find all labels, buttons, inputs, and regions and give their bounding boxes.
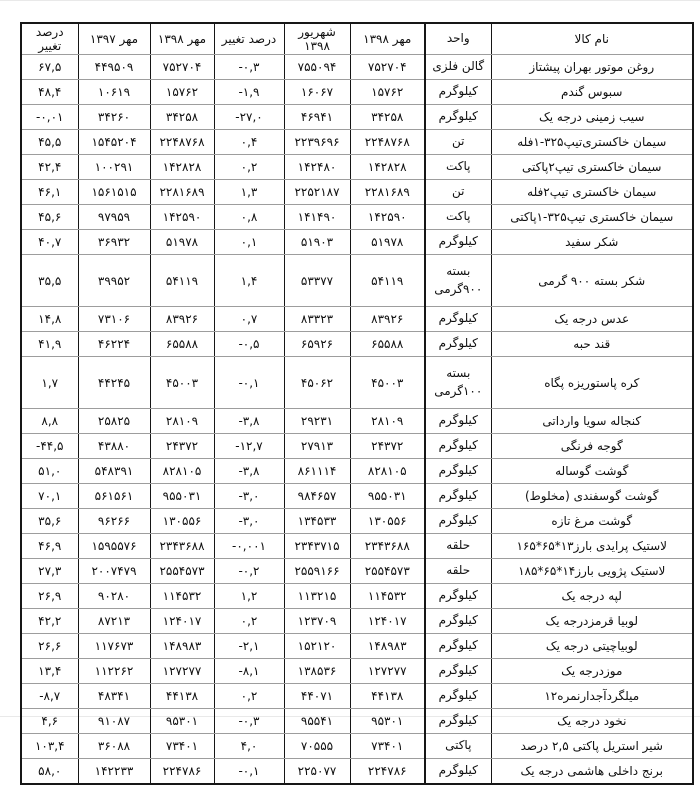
- cell-pct_month: ۱,۳: [214, 180, 284, 205]
- cell-pct_month: -۸,۱: [214, 659, 284, 684]
- cell-mehr98_a: ۱۳۰۵۵۶: [350, 509, 425, 534]
- cell-mehr98_b: ۴۵۰۰۳: [150, 357, 214, 409]
- cell-unit: کیلوگرم: [425, 509, 491, 534]
- cell-pct_month: -۰,۵: [214, 332, 284, 357]
- cell-pct_year: ۴۶,۹: [21, 534, 78, 559]
- cell-pct_year: ۴۶,۱: [21, 180, 78, 205]
- cell-name: گوجه فرنگی: [491, 434, 693, 459]
- cell-mehr97: ۹۰۲۸۰: [78, 584, 150, 609]
- cell-mehr98_b: ۸۲۸۱۰۵: [150, 459, 214, 484]
- cell-mehr98_b: ۳۴۲۵۸: [150, 105, 214, 130]
- cell-mehr98_a: ۲۴۳۷۲: [350, 434, 425, 459]
- cell-name: لوبیاچیتی درجه یک: [491, 634, 693, 659]
- cell-name: لاستیک پژویی بارز۱۴*۶۵*۱۸۵: [491, 559, 693, 584]
- column-header-name: نام کالا: [491, 23, 693, 55]
- cell-name: لوبیا قرمزدرجه یک: [491, 609, 693, 634]
- cell-mehr98_b: ۶۵۵۸۸: [150, 332, 214, 357]
- cell-pct_month: ۰,۴: [214, 130, 284, 155]
- cell-shahrivar98: ۲۳۴۳۷۱۵: [284, 534, 350, 559]
- cell-mehr98_b: ۹۵۳۰۱: [150, 709, 214, 734]
- cell-pct_year: ۴۲,۲: [21, 609, 78, 634]
- cell-mehr98_b: ۱۲۴۰۱۷: [150, 609, 214, 634]
- table-row: سیمان خاکستری تیپ۲پاکتیپاکت۱۴۲۸۲۸۱۴۲۴۸۰۰…: [21, 155, 693, 180]
- cell-mehr98_b: ۲۲۸۱۶۸۹: [150, 180, 214, 205]
- cell-pct_month: -۰,۳: [214, 55, 284, 80]
- cell-pct_month: -۲۷,۰: [214, 105, 284, 130]
- header-row: نام کالاواحدمهر ۱۳۹۸شهریور ۱۳۹۸درصد تغیی…: [21, 23, 693, 55]
- cell-pct_year: ۵۱,۰: [21, 459, 78, 484]
- cell-unit: کیلوگرم: [425, 709, 491, 734]
- cell-name: سیمان خاکستری‌تیپ۳۲۵-۱فله: [491, 130, 693, 155]
- cell-mehr98_a: ۲۲۴۸۷۶۸: [350, 130, 425, 155]
- cell-mehr97: ۷۳۱۰۶: [78, 307, 150, 332]
- cell-mehr98_a: ۹۵۵۰۳۱: [350, 484, 425, 509]
- cell-unit: حلقه: [425, 534, 491, 559]
- cell-name: شکر بسته ۹۰۰ گرمی: [491, 255, 693, 307]
- cell-mehr97: ۹۶۲۶۶: [78, 509, 150, 534]
- table-row: سیمان خاکستری تیپ۲فلهتن۲۲۸۱۶۸۹۲۲۵۲۱۸۷۱,۳…: [21, 180, 693, 205]
- cell-unit: کیلوگرم: [425, 332, 491, 357]
- table-row: برنج داخلی هاشمی درجه یککیلوگرم۲۲۴۷۸۶۲۲۵…: [21, 759, 693, 785]
- table-row: سیمان خاکستری‌تیپ۳۲۵-۱فلهتن۲۲۴۸۷۶۸۲۲۳۹۶۹…: [21, 130, 693, 155]
- cell-unit: پاکتی: [425, 734, 491, 759]
- cell-shahrivar98: ۴۶۹۴۱: [284, 105, 350, 130]
- table-row: شیر استریل پاکتی ۲,۵ درصدپاکتی۷۳۴۰۱۷۰۵۵۵…: [21, 734, 693, 759]
- table-row: قند حبهکیلوگرم۶۵۵۸۸۶۵۹۲۶-۰,۵۶۵۵۸۸۴۶۲۲۴۴۱…: [21, 332, 693, 357]
- cell-name: کنجاله سویا وارداتی: [491, 409, 693, 434]
- cell-name: گوشت مرغ تازه: [491, 509, 693, 534]
- cell-unit: پاکت: [425, 155, 491, 180]
- cell-pct_year: ۱,۷: [21, 357, 78, 409]
- cell-name: موزدرجه یک: [491, 659, 693, 684]
- cell-pct_year: ۴۰,۷: [21, 230, 78, 255]
- cell-unit: کیلوگرم: [425, 230, 491, 255]
- cell-mehr98_b: ۲۵۵۴۵۷۳: [150, 559, 214, 584]
- cell-pct_month: ۰,۷: [214, 307, 284, 332]
- cell-name: گوشت گوساله: [491, 459, 693, 484]
- cell-name: سیب زمینی درجه یک: [491, 105, 693, 130]
- cell-mehr98_b: ۲۲۴۸۷۶۸: [150, 130, 214, 155]
- cell-shahrivar98: ۹۸۴۶۵۷: [284, 484, 350, 509]
- cell-mehr98_a: ۱۴۲۸۲۸: [350, 155, 425, 180]
- cell-mehr98_a: ۲۵۵۴۵۷۳: [350, 559, 425, 584]
- report-page: نام کالاواحدمهر ۱۳۹۸شهریور ۱۳۹۸درصد تغیی…: [0, 0, 700, 717]
- cell-pct_month: -۲,۱: [214, 634, 284, 659]
- cell-pct_year: ۴۵,۵: [21, 130, 78, 155]
- cell-unit: حلقه: [425, 559, 491, 584]
- cell-pct_month: ۱,۲: [214, 584, 284, 609]
- cell-name: شیر استریل پاکتی ۲,۵ درصد: [491, 734, 693, 759]
- cell-shahrivar98: ۷۰۵۵۵: [284, 734, 350, 759]
- cell-name: لاستیک پرایدی بارز۱۳*۶۵*۱۶۵: [491, 534, 693, 559]
- cell-pct_year: ۱۴,۸: [21, 307, 78, 332]
- cell-unit: بسته ۱۰۰گرمی: [425, 357, 491, 409]
- cell-mehr97: ۵۶۱۵۶۱: [78, 484, 150, 509]
- column-header-mehr98_a: مهر ۱۳۹۸: [350, 23, 425, 55]
- cell-unit: کیلوگرم: [425, 80, 491, 105]
- cell-mehr97: ۳۶۰۸۸: [78, 734, 150, 759]
- cell-mehr97: ۹۱۰۸۷: [78, 709, 150, 734]
- cell-name: لپه درجه یک: [491, 584, 693, 609]
- cell-shahrivar98: ۱۳۸۵۳۶: [284, 659, 350, 684]
- cell-pct_year: ۴۸,۴: [21, 80, 78, 105]
- cell-unit: تن: [425, 180, 491, 205]
- cell-unit: کیلوگرم: [425, 684, 491, 709]
- table-body: روغن موتور بهران پیشتازگالن فلزی۷۵۲۷۰۴۷۵…: [21, 55, 693, 785]
- cell-mehr98_b: ۲۴۳۷۲: [150, 434, 214, 459]
- cell-pct_month: -۳,۸: [214, 459, 284, 484]
- cell-shahrivar98: ۱۵۲۱۲۰: [284, 634, 350, 659]
- cell-pct_year: ۵۸,۰: [21, 759, 78, 785]
- cell-shahrivar98: ۷۵۵۰۹۴: [284, 55, 350, 80]
- cell-pct_year: ۴۵,۶: [21, 205, 78, 230]
- cell-mehr97: ۱۵۶۱۵۱۵: [78, 180, 150, 205]
- table-row: گوشت گوسالهکیلوگرم۸۲۸۱۰۵۸۶۱۱۱۴-۳,۸۸۲۸۱۰۵…: [21, 459, 693, 484]
- cell-pct_year: -۰,۰۱: [21, 105, 78, 130]
- cell-mehr97: ۲۵۸۲۵: [78, 409, 150, 434]
- cell-name: گوشت گوسفندی (مخلوط): [491, 484, 693, 509]
- cell-shahrivar98: ۸۶۱۱۱۴: [284, 459, 350, 484]
- cell-shahrivar98: ۸۳۳۲۳: [284, 307, 350, 332]
- cell-unit: کیلوگرم: [425, 409, 491, 434]
- cell-pct_month: -۱۲,۷: [214, 434, 284, 459]
- cell-unit: کیلوگرم: [425, 484, 491, 509]
- cell-mehr97: ۳۹۹۵۲: [78, 255, 150, 307]
- table-row: کره پاستوریزه پگاهبسته ۱۰۰گرمی۴۵۰۰۳۴۵۰۶۲…: [21, 357, 693, 409]
- cell-pct_year: -۴۴,۵: [21, 434, 78, 459]
- cell-mehr97: ۳۴۲۶۰: [78, 105, 150, 130]
- table-row: عدس درجه یککیلوگرم۸۳۹۲۶۸۳۳۲۳۰,۷۸۳۹۲۶۷۳۱۰…: [21, 307, 693, 332]
- column-header-shahrivar98: شهریور ۱۳۹۸: [284, 23, 350, 55]
- cell-mehr98_b: ۱۱۴۵۳۲: [150, 584, 214, 609]
- cell-shahrivar98: ۴۴۰۷۱: [284, 684, 350, 709]
- cell-pct_month: -۰,۱: [214, 759, 284, 785]
- cell-mehr98_a: ۴۴۱۳۸: [350, 684, 425, 709]
- cell-pct_year: ۴۲,۴: [21, 155, 78, 180]
- cell-pct_month: ۰,۲: [214, 155, 284, 180]
- cell-shahrivar98: ۹۵۵۴۱: [284, 709, 350, 734]
- cell-shahrivar98: ۱۱۳۲۱۵: [284, 584, 350, 609]
- cell-pct_month: ۴,۰: [214, 734, 284, 759]
- cell-shahrivar98: ۵۱۹۰۳: [284, 230, 350, 255]
- cell-mehr98_a: ۲۲۴۷۸۶: [350, 759, 425, 785]
- cell-mehr97: ۴۶۲۲۴: [78, 332, 150, 357]
- cell-shahrivar98: ۱۴۲۴۸۰: [284, 155, 350, 180]
- cell-unit: گالن فلزی: [425, 55, 491, 80]
- cell-unit: بسته ۹۰۰گرمی: [425, 255, 491, 307]
- cell-unit: کیلوگرم: [425, 434, 491, 459]
- cell-mehr98_a: ۲۸۱۰۹: [350, 409, 425, 434]
- cell-pct_year: ۲۶,۶: [21, 634, 78, 659]
- cell-mehr97: ۸۷۲۱۳: [78, 609, 150, 634]
- cell-unit: کیلوگرم: [425, 584, 491, 609]
- cell-pct_month: -۳,۰: [214, 484, 284, 509]
- cell-mehr98_b: ۲۳۴۳۶۸۸: [150, 534, 214, 559]
- cell-unit: کیلوگرم: [425, 634, 491, 659]
- cell-pct_year: ۳۵,۶: [21, 509, 78, 534]
- cell-name: برنج داخلی هاشمی درجه یک: [491, 759, 693, 785]
- table-row: لپه درجه یککیلوگرم۱۱۴۵۳۲۱۱۳۲۱۵۱,۲۱۱۴۵۳۲۹…: [21, 584, 693, 609]
- cell-unit: کیلوگرم: [425, 759, 491, 785]
- cell-mehr97: ۲۰۰۷۴۷۹: [78, 559, 150, 584]
- cell-unit: کیلوگرم: [425, 459, 491, 484]
- cell-mehr98_a: ۵۴۱۱۹: [350, 255, 425, 307]
- cell-name: قند حبه: [491, 332, 693, 357]
- cell-mehr98_b: ۵۱۹۷۸: [150, 230, 214, 255]
- table-row: لاستیک پرایدی بارز۱۳*۶۵*۱۶۵حلقه۲۳۴۳۶۸۸۲۳…: [21, 534, 693, 559]
- table-row: سبوس گندمکیلوگرم۱۵۷۶۲۱۶۰۶۷-۱,۹۱۵۷۶۲۱۰۶۱۹…: [21, 80, 693, 105]
- cell-pct_year: ۱۰۳,۴: [21, 734, 78, 759]
- cell-mehr98_a: ۶۵۵۸۸: [350, 332, 425, 357]
- cell-mehr97: ۴۳۸۸۰: [78, 434, 150, 459]
- cell-pct_year: ۲۶,۹: [21, 584, 78, 609]
- cell-name: سبوس گندم: [491, 80, 693, 105]
- cell-mehr98_a: ۱۲۴۰۱۷: [350, 609, 425, 634]
- cell-pct_month: -۰,۳: [214, 709, 284, 734]
- cell-mehr97: ۱۵۹۵۵۷۶: [78, 534, 150, 559]
- column-header-pct_month: درصد تغییر: [214, 23, 284, 55]
- cell-mehr98_b: ۵۴۱۱۹: [150, 255, 214, 307]
- cell-shahrivar98: ۲۹۲۳۱: [284, 409, 350, 434]
- price-comparison-table: نام کالاواحدمهر ۱۳۹۸شهریور ۱۳۹۸درصد تغیی…: [20, 22, 694, 785]
- cell-mehr98_b: ۲۸۱۰۹: [150, 409, 214, 434]
- cell-name: عدس درجه یک: [491, 307, 693, 332]
- cell-unit: تن: [425, 130, 491, 155]
- cell-shahrivar98: ۱۴۱۴۹۰: [284, 205, 350, 230]
- cell-mehr98_b: ۸۳۹۲۶: [150, 307, 214, 332]
- cell-mehr98_a: ۱۵۷۶۲: [350, 80, 425, 105]
- cell-mehr98_b: ۱۳۰۵۵۶: [150, 509, 214, 534]
- cell-mehr98_a: ۷۵۲۷۰۴: [350, 55, 425, 80]
- cell-mehr98_a: ۱۴۲۵۹۰: [350, 205, 425, 230]
- table-row: گوشت مرغ تازهکیلوگرم۱۳۰۵۵۶۱۳۴۵۳۳-۳,۰۱۳۰۵…: [21, 509, 693, 534]
- table-row: سیب زمینی درجه یککیلوگرم۳۴۲۵۸۴۶۹۴۱-۲۷,۰۳…: [21, 105, 693, 130]
- table-row: کنجاله سویا وارداتیکیلوگرم۲۸۱۰۹۲۹۲۳۱-۳,۸…: [21, 409, 693, 434]
- cell-pct_year: ۷۰,۱: [21, 484, 78, 509]
- cell-pct_year: ۳۵,۵: [21, 255, 78, 307]
- cell-pct_month: -۱,۹: [214, 80, 284, 105]
- cell-mehr97: ۱۱۷۶۷۳: [78, 634, 150, 659]
- cell-pct_month: ۰,۸: [214, 205, 284, 230]
- table-row: لوبیاچیتی درجه یککیلوگرم۱۴۸۹۸۳۱۵۲۱۲۰-۲,۱…: [21, 634, 693, 659]
- cell-mehr97: ۵۴۸۳۹۱: [78, 459, 150, 484]
- cell-mehr97: ۱۰۶۱۹: [78, 80, 150, 105]
- cell-shahrivar98: ۵۳۳۷۷: [284, 255, 350, 307]
- cell-mehr97: ۴۴۲۴۵: [78, 357, 150, 409]
- cell-mehr97: ۹۷۹۵۹: [78, 205, 150, 230]
- table-header: نام کالاواحدمهر ۱۳۹۸شهریور ۱۳۹۸درصد تغیی…: [21, 23, 693, 55]
- table-row: میلگردآجدارنمره۱۲کیلوگرم۴۴۱۳۸۴۴۰۷۱۰,۲۴۴۱…: [21, 684, 693, 709]
- cell-name: سیمان خاکستری تیپ۲پاکتی: [491, 155, 693, 180]
- cell-mehr98_b: ۱۴۲۵۹۰: [150, 205, 214, 230]
- cell-mehr98_b: ۴۴۱۳۸: [150, 684, 214, 709]
- cell-mehr98_b: ۱۴۲۸۲۸: [150, 155, 214, 180]
- cell-shahrivar98: ۲۲۳۹۶۹۶: [284, 130, 350, 155]
- cell-name: سیمان خاکستری تیپ۳۲۵-۱پاکتی: [491, 205, 693, 230]
- cell-pct_year: ۶۷,۵: [21, 55, 78, 80]
- cell-mehr98_a: ۳۴۲۵۸: [350, 105, 425, 130]
- cell-shahrivar98: ۱۳۴۵۳۳: [284, 509, 350, 534]
- cell-pct_month: ۱,۴: [214, 255, 284, 307]
- cell-shahrivar98: ۲۲۵۲۱۸۷: [284, 180, 350, 205]
- table-row: شکر سفیدکیلوگرم۵۱۹۷۸۵۱۹۰۳۰,۱۵۱۹۷۸۳۶۹۳۲۴۰…: [21, 230, 693, 255]
- column-header-mehr97: مهر ۱۳۹۷: [78, 23, 150, 55]
- cell-unit: کیلوگرم: [425, 105, 491, 130]
- cell-mehr98_a: ۲۳۴۳۶۸۸: [350, 534, 425, 559]
- cell-pct_month: -۰,۱: [214, 357, 284, 409]
- cell-shahrivar98: ۴۵۰۶۲: [284, 357, 350, 409]
- cell-unit: کیلوگرم: [425, 609, 491, 634]
- cell-shahrivar98: ۶۵۹۲۶: [284, 332, 350, 357]
- cell-name: نخود درجه یک: [491, 709, 693, 734]
- cell-unit: پاکت: [425, 205, 491, 230]
- cell-shahrivar98: ۱۲۳۷۰۹: [284, 609, 350, 634]
- cell-mehr97: ۳۶۹۳۲: [78, 230, 150, 255]
- cell-unit: کیلوگرم: [425, 659, 491, 684]
- cell-mehr98_b: ۷۵۲۷۰۴: [150, 55, 214, 80]
- column-header-mehr98_b: مهر ۱۳۹۸: [150, 23, 214, 55]
- cell-mehr98_a: ۷۳۴۰۱: [350, 734, 425, 759]
- cell-mehr98_b: ۹۵۵۰۳۱: [150, 484, 214, 509]
- cell-pct_year: ۴,۶: [21, 709, 78, 734]
- cell-pct_year: ۲۷,۳: [21, 559, 78, 584]
- cell-mehr98_a: ۲۲۸۱۶۸۹: [350, 180, 425, 205]
- column-header-pct_year: درصد تغییر: [21, 23, 78, 55]
- cell-shahrivar98: ۲۲۵۰۷۷: [284, 759, 350, 785]
- table-row: نخود درجه یککیلوگرم۹۵۳۰۱۹۵۵۴۱-۰,۳۹۵۳۰۱۹۱…: [21, 709, 693, 734]
- cell-mehr97: ۱۴۲۲۳۳: [78, 759, 150, 785]
- cell-pct_month: -۰,۰۰۱: [214, 534, 284, 559]
- cell-mehr98_a: ۵۱۹۷۸: [350, 230, 425, 255]
- cell-mehr98_a: ۱۲۷۲۷۷: [350, 659, 425, 684]
- cell-mehr98_a: ۹۵۳۰۱: [350, 709, 425, 734]
- cell-unit: کیلوگرم: [425, 307, 491, 332]
- cell-mehr97: ۱۰۰۲۹۱: [78, 155, 150, 180]
- cell-shahrivar98: ۲۵۵۹۱۶۶: [284, 559, 350, 584]
- cell-name: سیمان خاکستری تیپ۲فله: [491, 180, 693, 205]
- cell-pct_month: -۳,۸: [214, 409, 284, 434]
- table-row: گوجه فرنگیکیلوگرم۲۴۳۷۲۲۷۹۱۳-۱۲,۷۲۴۳۷۲۴۳۸…: [21, 434, 693, 459]
- cell-pct_month: -۳,۰: [214, 509, 284, 534]
- table-row: شکر بسته ۹۰۰ گرمیبسته ۹۰۰گرمی۵۴۱۱۹۵۳۳۷۷۱…: [21, 255, 693, 307]
- cell-mehr98_b: ۷۳۴۰۱: [150, 734, 214, 759]
- cell-name: شکر سفید: [491, 230, 693, 255]
- cell-mehr97: ۱۵۴۵۲۰۴: [78, 130, 150, 155]
- cell-mehr98_a: ۸۲۸۱۰۵: [350, 459, 425, 484]
- column-header-unit: واحد: [425, 23, 491, 55]
- cell-pct_year: ۱۳,۴: [21, 659, 78, 684]
- cell-mehr98_a: ۱۴۸۹۸۳: [350, 634, 425, 659]
- table-row: لاستیک پژویی بارز۱۴*۶۵*۱۸۵حلقه۲۵۵۴۵۷۳۲۵۵…: [21, 559, 693, 584]
- cell-name: کره پاستوریزه پگاه: [491, 357, 693, 409]
- table-row: سیمان خاکستری تیپ۳۲۵-۱پاکتیپاکت۱۴۲۵۹۰۱۴۱…: [21, 205, 693, 230]
- cell-mehr98_a: ۱۱۴۵۳۲: [350, 584, 425, 609]
- cell-pct_year: ۸,۸: [21, 409, 78, 434]
- cell-mehr98_a: ۴۵۰۰۳: [350, 357, 425, 409]
- cell-shahrivar98: ۲۷۹۱۳: [284, 434, 350, 459]
- cell-mehr97: ۴۸۳۴۱: [78, 684, 150, 709]
- cell-pct_year: -۸,۷: [21, 684, 78, 709]
- cell-pct_year: ۴۱,۹: [21, 332, 78, 357]
- table-row: گوشت گوسفندی (مخلوط)کیلوگرم۹۵۵۰۳۱۹۸۴۶۵۷-…: [21, 484, 693, 509]
- cell-pct_month: -۰,۲: [214, 559, 284, 584]
- cell-mehr97: ۱۱۲۲۶۲: [78, 659, 150, 684]
- cell-name: میلگردآجدارنمره۱۲: [491, 684, 693, 709]
- cell-name: روغن موتور بهران پیشتاز: [491, 55, 693, 80]
- cell-pct_month: ۰,۲: [214, 609, 284, 634]
- cell-mehr98_b: ۱۴۸۹۸۳: [150, 634, 214, 659]
- cell-pct_month: ۰,۲: [214, 684, 284, 709]
- cell-shahrivar98: ۱۶۰۶۷: [284, 80, 350, 105]
- table-row: موزدرجه یککیلوگرم۱۲۷۲۷۷۱۳۸۵۳۶-۸,۱۱۲۷۲۷۷۱…: [21, 659, 693, 684]
- cell-mehr98_b: ۱۵۷۶۲: [150, 80, 214, 105]
- cell-mehr98_a: ۸۳۹۲۶: [350, 307, 425, 332]
- table-row: لوبیا قرمزدرجه یککیلوگرم۱۲۴۰۱۷۱۲۳۷۰۹۰,۲۱…: [21, 609, 693, 634]
- cell-mehr98_b: ۲۲۴۷۸۶: [150, 759, 214, 785]
- cell-pct_month: ۰,۱: [214, 230, 284, 255]
- cell-mehr98_b: ۱۲۷۲۷۷: [150, 659, 214, 684]
- cell-mehr97: ۴۴۹۵۰۹: [78, 55, 150, 80]
- table-row: روغن موتور بهران پیشتازگالن فلزی۷۵۲۷۰۴۷۵…: [21, 55, 693, 80]
